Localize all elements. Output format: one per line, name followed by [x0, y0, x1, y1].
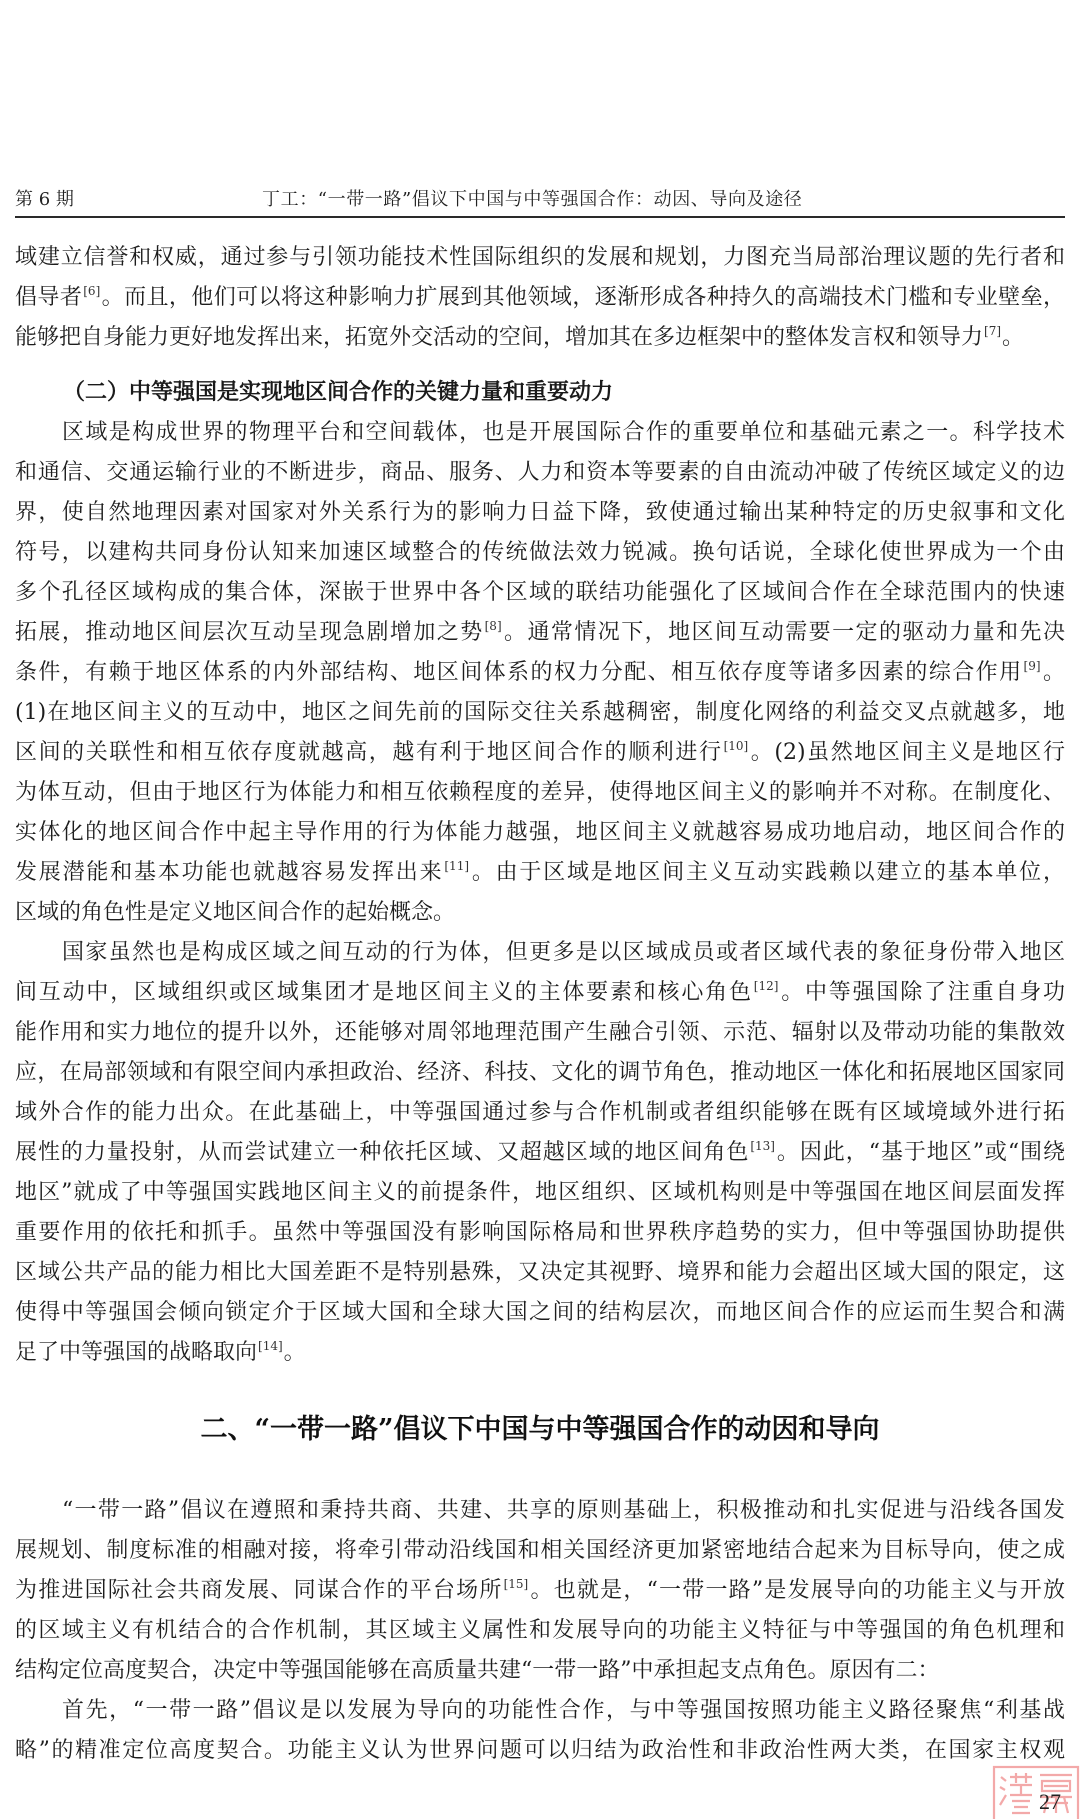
text-segment: 间互动中，区域组织或区域集团才是地区间主义的主体要素和核心角色 [15, 980, 753, 1005]
text-segment: 足了中等强国的战略取向 [15, 1340, 257, 1365]
text-line: 结构定位高度契合，决定中等强国能够在高质量共建“一带一路”中承担起支点角色。原因… [15, 1651, 1065, 1691]
text-segment: 展性的力量投射，从而尝试建立一种依托区域、又超越区域的地区间角色 [15, 1140, 749, 1165]
citation-marker: [12] [754, 979, 779, 993]
text-segment: 为体互动，但由于地区行为体能力和相互依赖程度的差异，使得地区间主义的影响并不对称… [15, 780, 1065, 805]
text-line: 实体化的地区间合作中起主导作用的行为体能力越强，地区间主义就越容易成功地启动，地… [15, 813, 1065, 853]
text-segment: 区域公共产品的能力相比大国差距不是特别悬殊，又决定其视野、境界和能力会超出区域大… [15, 1260, 1065, 1285]
text-line: 区间的关联性和相互依存度就越高，越有利于地区间合作的顺利进行[10]。(2)虽然… [15, 733, 1065, 773]
text-line: 符号，以建构共同身份认知来加速区域整合的传统做法效力锐减。换句话说，全球化使世界… [15, 533, 1065, 573]
text-line: 区域公共产品的能力相比大国差距不是特别悬殊，又决定其视野、境界和能力会超出区域大… [15, 1253, 1065, 1293]
text-segment: 区域的角色性是定义地区间合作的起始概念。 [15, 900, 455, 925]
citation-marker: [11] [444, 859, 469, 873]
citation-marker: [14] [258, 1339, 283, 1353]
text-line: 使得中等强国会倾向锁定介于区域大国和全球大国之间的结构层次，而地区间合作的应运而… [15, 1293, 1065, 1333]
text-segment: 拓展，推动地区间层次互动呈现急剧增加之势 [15, 620, 484, 645]
citation-marker: [10] [724, 739, 749, 753]
text-segment: 。 [1042, 660, 1065, 685]
text-segment: (1)在地区间主义的互动中，地区之间先前的国际交往关系越稠密，制度化网络的利益交… [15, 700, 1065, 725]
text-line: 地区”就成了中等强国实践地区间主义的前提条件，地区组织、区域机构则是中等强国在地… [15, 1173, 1065, 1213]
section-heading: 二、“一带一路”倡议下中国与中等强国合作的动因和导向 [0, 1410, 1080, 1450]
text-line: 能作用和实力地位的提升以外，还能够对周邻地理范围产生融合引领、示范、辐射以及带动… [15, 1013, 1065, 1053]
text-segment: 。(2)虽然地区间主义是地区行 [749, 740, 1065, 765]
text-line: (1)在地区间主义的互动中，地区之间先前的国际交往关系越稠密，制度化网络的利益交… [15, 693, 1065, 733]
citation-marker: [8] [485, 619, 502, 633]
paragraph-5: 首先，“一带一路”倡议是以发展为导向的功能性合作，与中等强国按照功能主义路径聚焦… [15, 1691, 1065, 1771]
citation-marker: [13] [750, 1139, 775, 1153]
text-segment: 。而且，他们可以将这种影响力扩展到其他领域，逐渐形成各种持久的高端技术门槛和专业… [101, 285, 1065, 310]
paragraph-3: 国家虽然也是构成区域之间互动的行为体，但更多是以区域成员或者区域代表的象征身份带… [15, 933, 1065, 1373]
text-segment: 重要作用的依托和抓手。虽然中等强国没有影响国际格局和世界秩序趋势的实力，但中等强… [15, 1220, 1065, 1245]
text-line: 重要作用的依托和抓手。虽然中等强国没有影响国际格局和世界秩序趋势的实力，但中等强… [15, 1213, 1065, 1253]
text-segment: 。通常情况下，地区间互动需要一定的驱动力量和先决 [503, 620, 1065, 645]
text-segment: 。中等强国除了注重自身功 [779, 980, 1065, 1005]
text-line: “一带一路”倡议在遵照和秉持共商、共建、共享的原则基础上，积极推动和扎实促进与沿… [15, 1491, 1065, 1531]
text-segment: 。因此，“基于地区”或“围绕 [776, 1140, 1065, 1165]
text-segment: 略”的精准定位高度契合。功能主义认为世界问题可以归结为政治性和非政治性两大类，在… [15, 1738, 1065, 1763]
text-line: 国家虽然也是构成区域之间互动的行为体，但更多是以区域成员或者区域代表的象征身份带… [15, 933, 1065, 973]
text-line: 为推进国际社会共商发展、同谋合作的平台场所[15]。也就是，“一带一路”是发展导… [15, 1571, 1065, 1611]
text-segment: 国家虽然也是构成区域之间互动的行为体，但更多是以区域成员或者区域代表的象征身份带… [62, 940, 1065, 965]
paragraph-1: 域建立信誉和权威，通过参与引领功能技术性国际组织的发展和规划，力图充当局部治理议… [15, 238, 1065, 358]
paragraph-2: 区域是构成世界的物理平台和空间载体，也是开展国际合作的重要单位和基础元素之一。科… [15, 413, 1065, 933]
text-segment: 多个孔径区域构成的集合体，深嵌于世界中各个区域的联结功能强化了区域间合作在全球范… [15, 580, 1065, 605]
text-segment: 和通信、交通运输行业的不断进步，商品、服务、人力和资本等要素的自由流动冲破了传统… [15, 460, 1065, 485]
text-line: 和通信、交通运输行业的不断进步，商品、服务、人力和资本等要素的自由流动冲破了传统… [15, 453, 1065, 493]
text-segment: 界，使自然地理因素对国家对外关系行为的影响力日益下降，致使通过输出某种特定的历史… [15, 500, 1065, 525]
text-segment: 实体化的地区间合作中起主导作用的行为体能力越强，地区间主义就越容易成功地启动，地… [15, 820, 1065, 845]
running-title: 丁工：“一带一路”倡议下中国与中等强国合作：动因、导向及途径 [262, 187, 802, 213]
text-line: 展规划、制度标准的相融对接，将牵引带动沿线国和相关国经济更加紧密地结合起来为目标… [15, 1531, 1065, 1571]
text-segment: 应，在局部领域和有限空间内承担政治、经济、科技、文化的调节角色，推动地区一体化和… [15, 1060, 1065, 1085]
text-segment: 。 [1002, 325, 1024, 350]
text-segment: 的区域主义有机结合的合作机制，其区域主义属性和发展导向的功能主义特征与中等强国的… [15, 1618, 1065, 1643]
text-line: 域外合作的能力出众。在此基础上，中等强国通过参与合作机制或者组织能够在既有区域境… [15, 1093, 1065, 1133]
text-line: 界，使自然地理因素对国家对外关系行为的影响力日益下降，致使通过输出某种特定的历史… [15, 493, 1065, 533]
text-segment: 能作用和实力地位的提升以外，还能够对周邻地理范围产生融合引领、示范、辐射以及带动… [15, 1020, 1065, 1045]
citation-marker: [9] [1024, 659, 1041, 673]
text-line: 应，在局部领域和有限空间内承担政治、经济、科技、文化的调节角色，推动地区一体化和… [15, 1053, 1065, 1093]
text-segment: 首先，“一带一路”倡议是以发展为导向的功能性合作，与中等强国按照功能主义路径聚焦… [62, 1698, 1065, 1723]
page-number: 27 [1039, 1789, 1061, 1815]
text-line: 略”的精准定位高度契合。功能主义认为世界问题可以归结为政治性和非政治性两大类，在… [15, 1731, 1065, 1771]
text-line: 拓展，推动地区间层次互动呈现急剧增加之势[8]。通常情况下，地区间互动需要一定的… [15, 613, 1065, 653]
text-segment: 域建立信誉和权威，通过参与引领功能技术性国际组织的发展和规划，力图充当局部治理议… [15, 245, 1065, 270]
text-line: 区域是构成世界的物理平台和空间载体，也是开展国际合作的重要单位和基础元素之一。科… [15, 413, 1065, 453]
citation-marker: [6] [83, 284, 100, 298]
text-segment: 展规划、制度标准的相融对接，将牵引带动沿线国和相关国经济更加紧密地结合起来为目标… [15, 1538, 1065, 1563]
text-line: 为体互动，但由于地区行为体能力和相互依赖程度的差异，使得地区间主义的影响并不对称… [15, 773, 1065, 813]
text-segment: 区域是构成世界的物理平台和空间载体，也是开展国际合作的重要单位和基础元素之一。科… [62, 420, 1065, 445]
text-segment: 。也就是，“一带一路”是发展导向的功能主义与开放 [529, 1578, 1065, 1603]
text-line: 的区域主义有机结合的合作机制，其区域主义属性和发展导向的功能主义特征与中等强国的… [15, 1611, 1065, 1651]
text-line: 倡导者[6]。而且，他们可以将这种影响力扩展到其他领域，逐渐形成各种持久的高端技… [15, 278, 1065, 318]
citation-marker: [15] [504, 1577, 529, 1591]
text-line: 区域的角色性是定义地区间合作的起始概念。 [15, 893, 1065, 933]
text-segment: 地区”就成了中等强国实践地区间主义的前提条件，地区组织、区域机构则是中等强国在地… [15, 1180, 1065, 1205]
text-segment: “一带一路”倡议在遵照和秉持共商、共建、共享的原则基础上，积极推动和扎实促进与沿… [62, 1498, 1065, 1523]
text-line: 发展潜能和基本功能也就越容易发挥出来[11]。由于区域是地区间主义互动实践赖以建… [15, 853, 1065, 893]
text-line: 多个孔径区域构成的集合体，深嵌于世界中各个区域的联结功能强化了区域间合作在全球范… [15, 573, 1065, 613]
text-line: 域建立信誉和权威，通过参与引领功能技术性国际组织的发展和规划，力图充当局部治理议… [15, 238, 1065, 278]
seal-stamp-icon [992, 1765, 1080, 1819]
text-segment: 。由于区域是地区间主义互动实践赖以建立的基本单位， [470, 860, 1065, 885]
text-segment: 结构定位高度契合，决定中等强国能够在高质量共建“一带一路”中承担起支点角色。原因… [15, 1658, 940, 1683]
text-line: 间互动中，区域组织或区域集团才是地区间主义的主体要素和核心角色[12]。中等强国… [15, 973, 1065, 1013]
issue-number: 第 6 期 [15, 187, 74, 213]
header-rule [15, 216, 1065, 218]
text-segment: 域外合作的能力出众。在此基础上，中等强国通过参与合作机制或者组织能够在既有区域境… [15, 1100, 1065, 1125]
text-segment: 条件，有赖于地区体系的内外部结构、地区间体系的权力分配、相互依存度等诸多因素的综… [15, 660, 1023, 685]
text-segment: 区间的关联性和相互依存度就越高，越有利于地区间合作的顺利进行 [15, 740, 723, 765]
text-segment: 使得中等强国会倾向锁定介于区域大国和全球大国之间的结构层次，而地区间合作的应运而… [15, 1300, 1065, 1325]
text-line: 足了中等强国的战略取向[14]。 [15, 1333, 1065, 1373]
text-segment: 符号，以建构共同身份认知来加速区域整合的传统做法效力锐减。换句话说，全球化使世界… [15, 540, 1065, 565]
text-segment: 。 [284, 1340, 306, 1365]
text-line: 首先，“一带一路”倡议是以发展为导向的功能性合作，与中等强国按照功能主义路径聚焦… [15, 1691, 1065, 1731]
text-segment: 发展潜能和基本功能也就越容易发挥出来 [15, 860, 443, 885]
text-line: 条件，有赖于地区体系的内外部结构、地区间体系的权力分配、相互依存度等诸多因素的综… [15, 653, 1065, 693]
subheading: （二）中等强国是实现地区间合作的关键力量和重要动力 [63, 373, 613, 413]
text-line: 展性的力量投射，从而尝试建立一种依托区域、又超越区域的地区间角色[13]。因此，… [15, 1133, 1065, 1173]
citation-marker: [7] [984, 324, 1001, 338]
text-segment: 为推进国际社会共商发展、同谋合作的平台场所 [15, 1578, 503, 1603]
paragraph-4: “一带一路”倡议在遵照和秉持共商、共建、共享的原则基础上，积极推动和扎实促进与沿… [15, 1491, 1065, 1691]
text-line: 能够把自身能力更好地发挥出来，拓宽外交活动的空间，增加其在多边框架中的整体发言权… [15, 318, 1065, 358]
text-segment: 能够把自身能力更好地发挥出来，拓宽外交活动的空间，增加其在多边框架中的整体发言权… [15, 325, 983, 350]
text-segment: 倡导者 [15, 285, 82, 310]
